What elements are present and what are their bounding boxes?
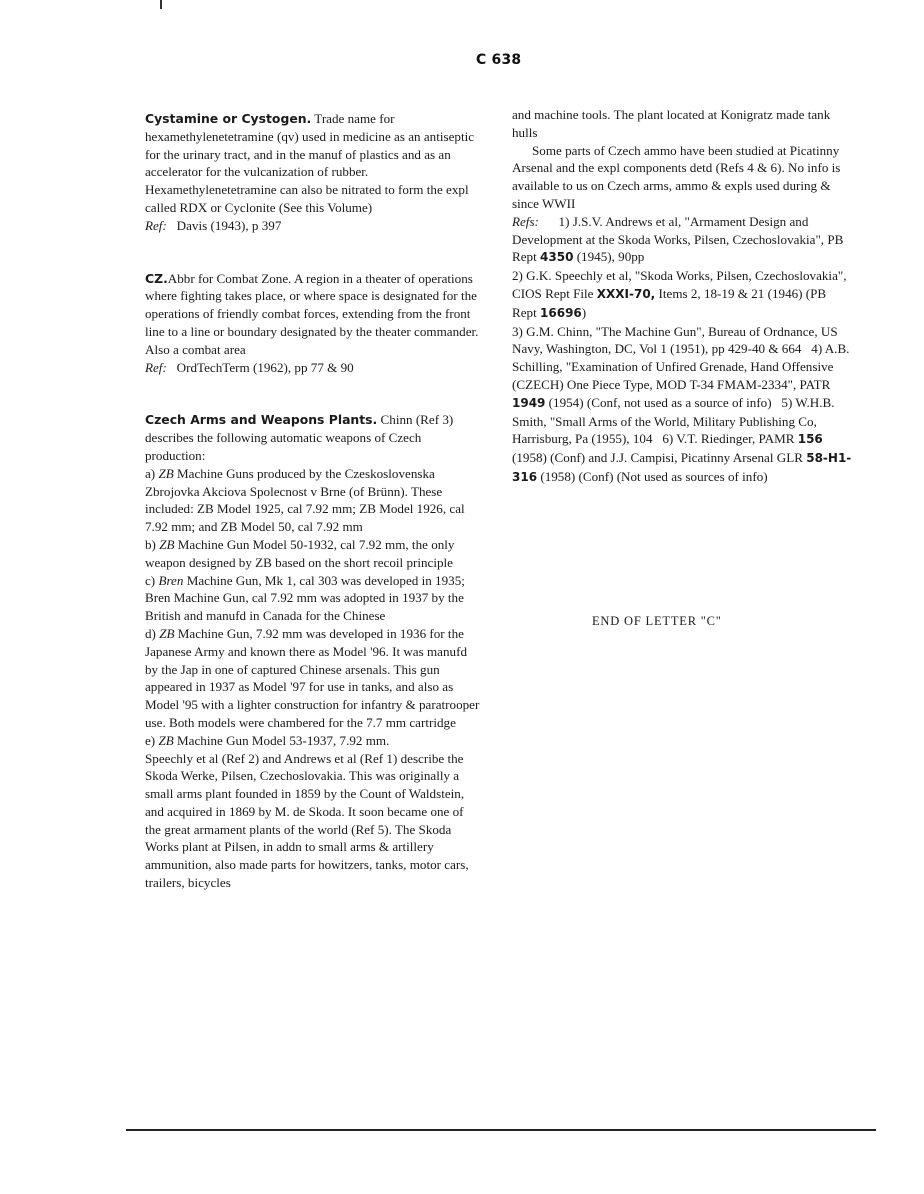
ref-number: 16696 [540,306,582,320]
ref-2: 2) G.K. Speechly et al, "Skoda Works, Pi… [512,267,852,322]
right-column: and machine tools. The plant located at … [512,106,852,487]
item-prefix: c) [145,573,158,588]
skoda-paragraph: Speechly et al (Ref 2) and Andrews et al… [145,750,480,892]
headword: Czech Arms and Weapons Plants. [145,412,377,427]
list-item-d: d) ZB Machine Gun, 7.92 mm was developed… [145,625,480,732]
ref-6: 6) V.T. Riedinger, PAMR [662,431,797,446]
weapon-name: ZB [158,733,173,748]
entry-cystamine: Cystamine or Cystogen. Trade name for he… [145,110,480,235]
reference-line: Ref: OrdTechTerm (1962), pp 77 & 90 [145,359,480,377]
ref-3-6: 3) G.M. Chinn, "The Machine Gun", Bureau… [512,323,852,487]
item-text: Machine Gun Model 53-1937, 7.92 mm. [174,733,390,748]
continuation-text: and machine tools. The plant located at … [512,106,852,142]
ammo-paragraph: Some parts of Czech ammo have been studi… [512,142,852,213]
weapon-name: Bren [158,573,183,588]
ref-text: (1945), 90pp [573,249,644,264]
entry-cz: CZ.Abbr for Combat Zone. A region in a t… [145,270,480,377]
headword: CZ. [145,271,168,286]
item-prefix: a) [145,466,158,481]
ref-label: Ref: [145,360,167,375]
list-item-e: e) ZB Machine Gun Model 53-1937, 7.92 mm… [145,732,480,750]
list-item-b: b) ZB Machine Gun Model 50-1932, cal 7.9… [145,536,480,572]
ref-number: XXXI-70, [597,287,655,301]
ref-label: Ref: [145,218,167,233]
bottom-rule [126,1129,876,1131]
ref-text: (1958) (Conf) (Not used as sources of in… [537,469,768,484]
entry-body: Abbr for Combat Zone. A region in a thea… [145,271,478,357]
list-item-a: a) ZB Machine Guns produced by the Czesk… [145,465,480,536]
reference-line: Ref: Davis (1943), p 397 [145,217,480,235]
item-text: Machine Gun, Mk 1, cal 303 was developed… [145,573,465,624]
ref-3: 3) G.M. Chinn, "The Machine Gun", Bureau… [512,324,838,357]
headword: Cystamine or Cystogen. [145,111,311,126]
ref-text: Davis (1943), p 397 [177,218,282,233]
end-of-letter-marker: END OF LETTER "C" [592,614,722,629]
item-text: Machine Guns produced by the Czeskoslove… [145,466,465,534]
refs-label: Refs: [512,214,539,229]
ref-1: 1) J.S.V. Andrews et al, "Armament Desig… [512,214,843,265]
weapon-name: ZB [159,626,174,641]
ref-text: ) [582,305,586,320]
page-number: C 638 [476,52,521,68]
scan-mark [160,0,162,9]
ref-number: 4350 [540,250,573,264]
item-prefix: e) [145,733,158,748]
weapon-name: ZB [159,537,174,552]
left-column: Cystamine or Cystogen. Trade name for he… [145,110,480,892]
references-block: Refs: 1) J.S.V. Andrews et al, "Armament… [512,213,852,487]
list-item-c: c) Bren Machine Gun, Mk 1, cal 303 was d… [145,572,480,625]
ref-text: (1954) (Conf, not used as a source of in… [545,395,771,410]
item-prefix: d) [145,626,159,641]
ref-number: 1949 [512,396,545,410]
ref-text: OrdTechTerm (1962), pp 77 & 90 [177,360,354,375]
item-prefix: b) [145,537,159,552]
entry-czech-arms: Czech Arms and Weapons Plants. Chinn (Re… [145,411,480,892]
entry-body: Trade name for hexamethylenetetramine (q… [145,111,474,215]
item-text: Machine Gun Model 50-1932, cal 7.92 mm, … [145,537,454,570]
ref-number: 156 [798,432,823,446]
ref-text: (1958) (Conf) and J.J. Campisi, Picatinn… [512,450,806,465]
weapon-name: ZB [158,466,173,481]
item-text: Machine Gun, 7.92 mm was developed in 19… [145,626,479,730]
